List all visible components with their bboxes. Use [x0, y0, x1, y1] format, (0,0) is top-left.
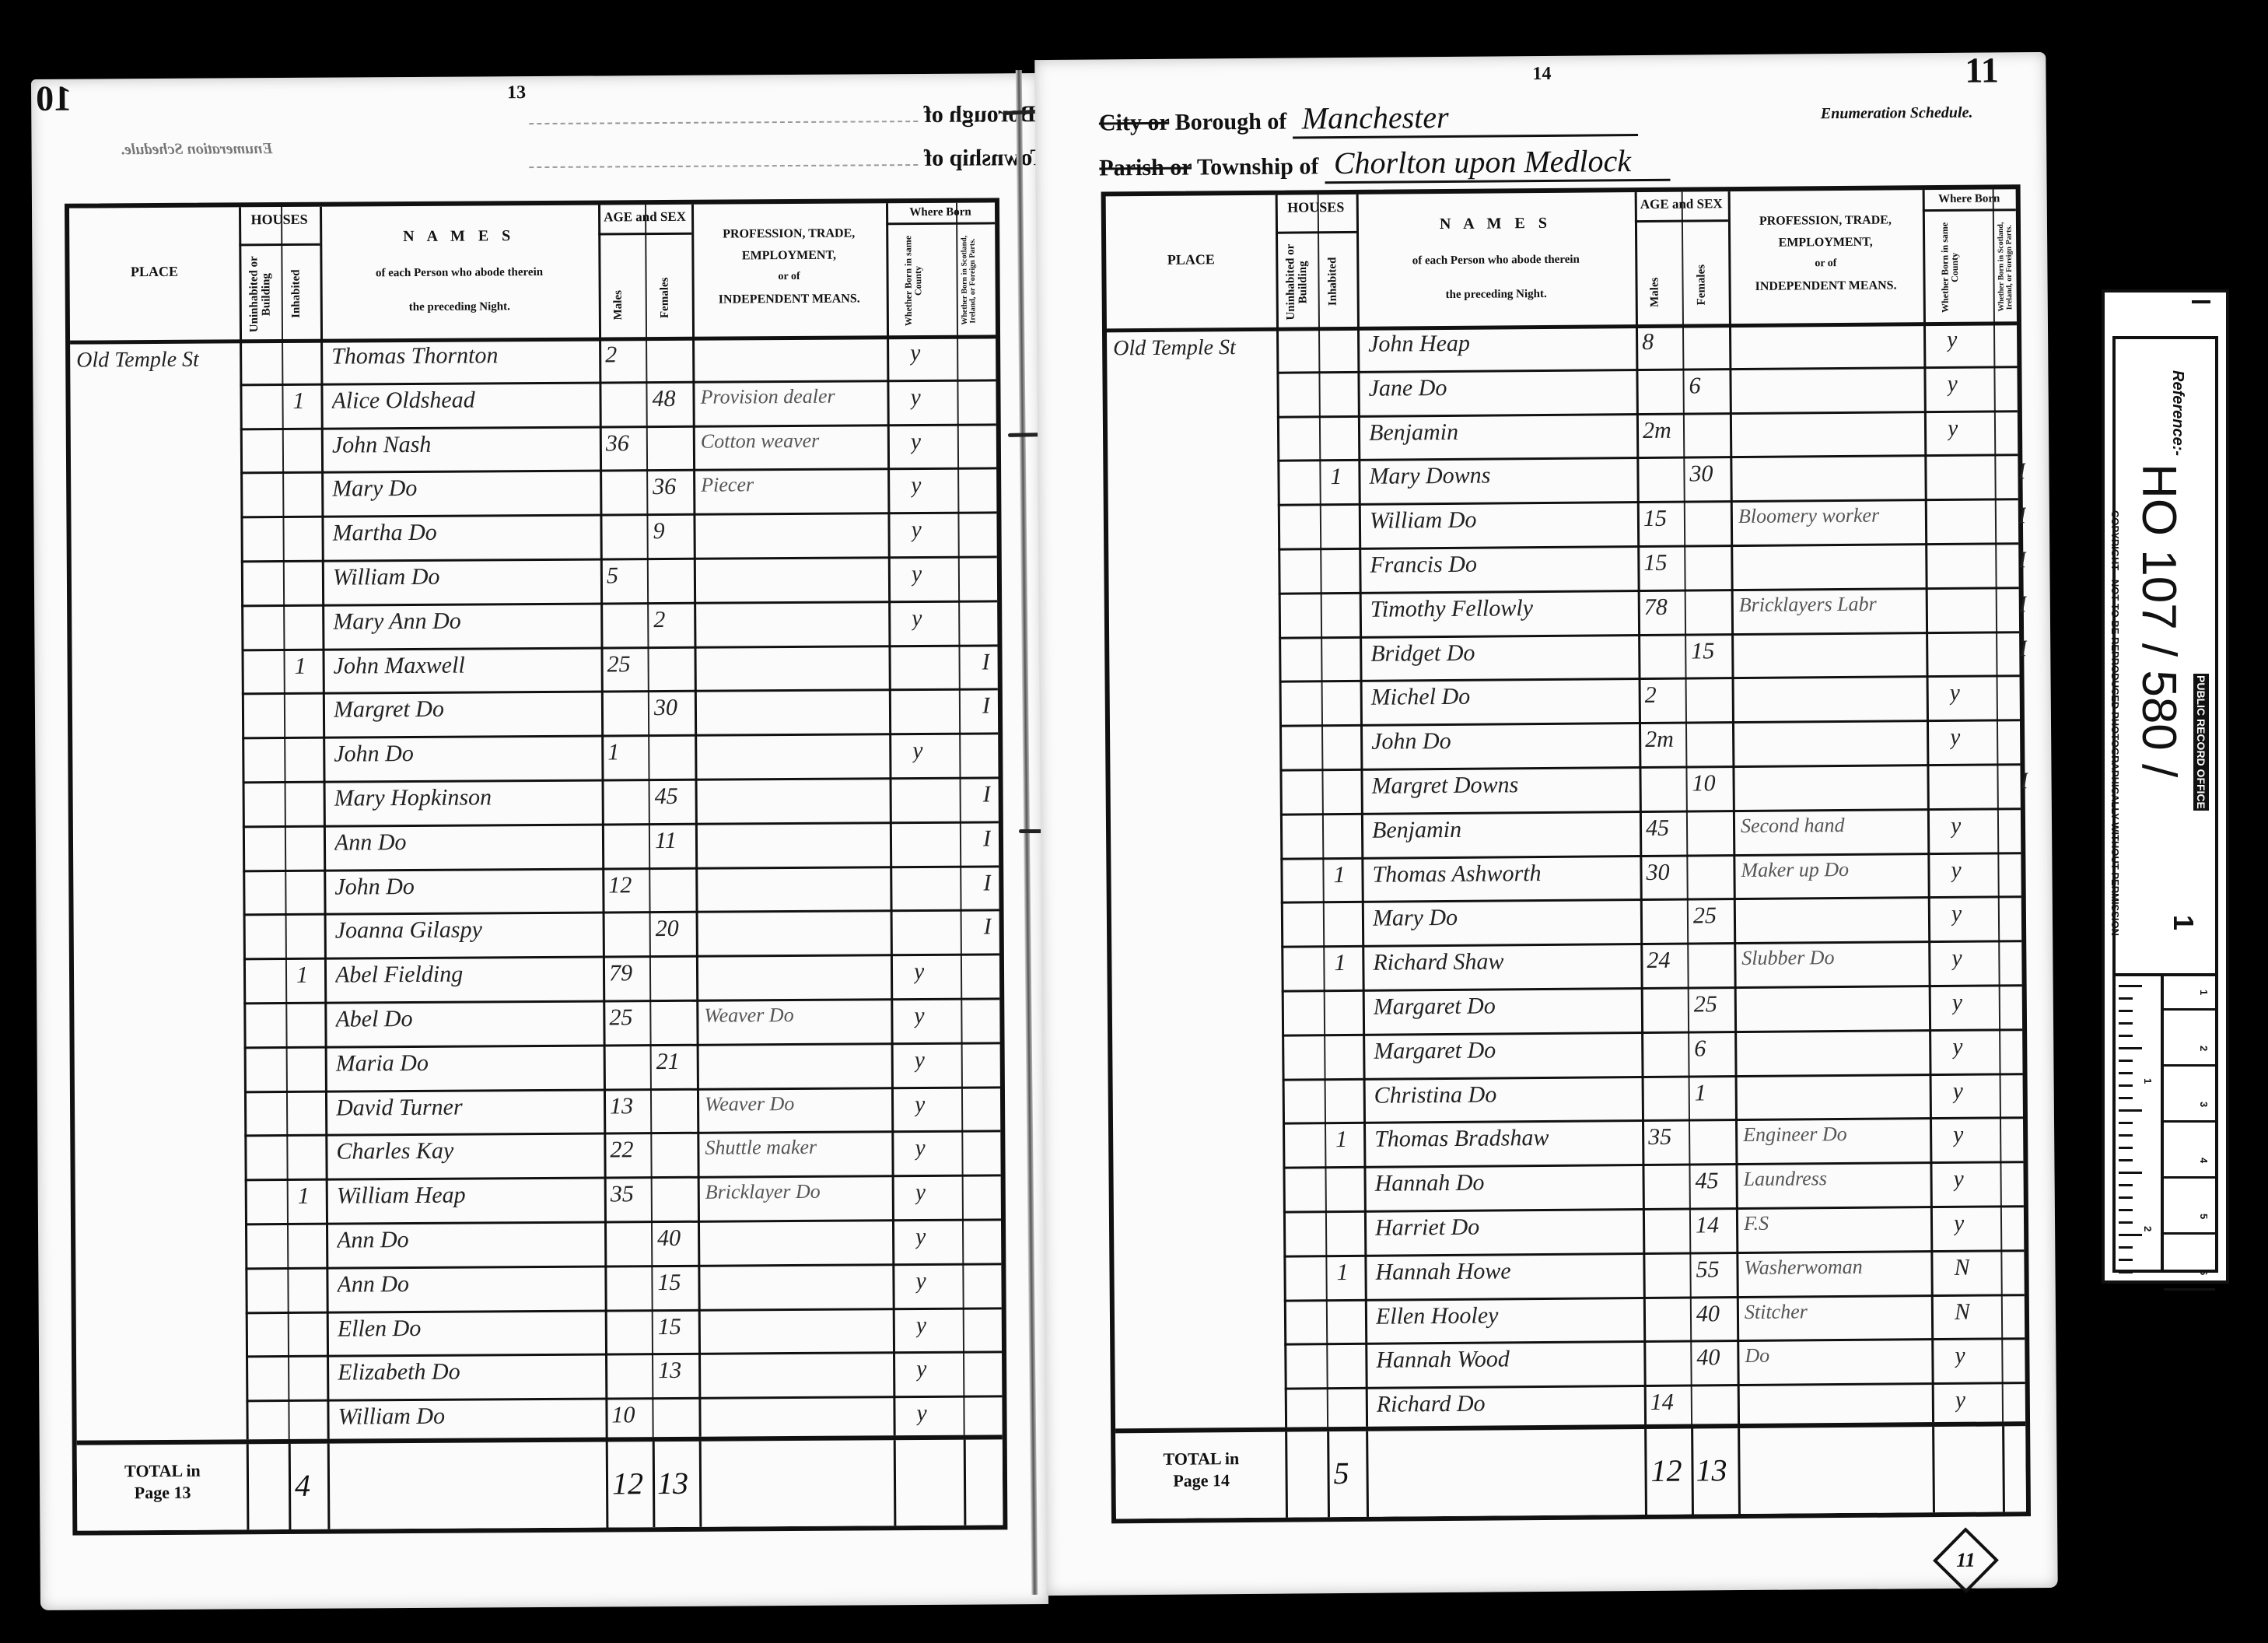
born-county: y: [912, 561, 922, 587]
person-name: Hannah Wood: [1376, 1345, 1642, 1374]
table-row: Thomas Thornton2y: [240, 335, 996, 386]
age-male: 15: [1643, 506, 1685, 532]
table-row: Mary Ann Do2y: [241, 600, 997, 651]
person-name: Ann Do: [337, 1226, 603, 1254]
ruler-tick: [2119, 997, 2133, 1000]
person-name: William Heap: [337, 1182, 603, 1210]
age-female: 48: [652, 386, 694, 412]
table-row: Margret Do30I: [242, 688, 998, 740]
born-county: y: [911, 517, 922, 543]
age-male: 36: [606, 430, 648, 457]
header-where-born: Where Born: [1923, 192, 2016, 212]
born-county: y: [1955, 1343, 1965, 1369]
table-row: John Do1y: [242, 733, 998, 784]
age-male: 1: [607, 739, 649, 765]
table-row: Abel Do25Weaver Doy: [243, 997, 999, 1049]
header-females: Females: [1696, 254, 1715, 316]
page-stamp-number: 13: [507, 82, 526, 103]
born-county: y: [1953, 1122, 1964, 1148]
ruler-tick: [2119, 1047, 2142, 1049]
occupation: [1740, 724, 1923, 726]
occupation: Bricklayers Labr: [1739, 592, 1923, 617]
occupation: Cotton weaver: [701, 429, 884, 453]
born-foreign: I: [2018, 503, 2026, 529]
table-row: 1William Heap35Bricklayer Doy: [245, 1175, 1001, 1226]
age-female: 21: [656, 1049, 698, 1075]
ruler-cm-line: [2164, 1232, 2215, 1235]
ruler-tick: [2119, 1022, 2133, 1025]
age-female: 11: [655, 828, 697, 854]
ruler-tick: [2119, 1246, 2133, 1249]
header-houses: HOUSES: [1276, 199, 1356, 234]
occupation: [1738, 460, 1921, 461]
house-mark: 1: [292, 388, 304, 415]
born-county: y: [916, 1356, 927, 1382]
record-office-label: PUBLIC RECORD OFFICE: [2193, 674, 2209, 811]
person-name: Alice Oldshead: [331, 386, 597, 414]
born-foreign: I: [2018, 547, 2026, 573]
totals-rule: [2002, 1426, 2005, 1512]
born-foreign: I: [2019, 591, 2027, 618]
born-county: y: [1948, 415, 1958, 441]
ruler-inch-label: 1: [2142, 1078, 2154, 1084]
ruler-inch-label: 2: [2142, 1226, 2154, 1231]
table-header: PLACEHOUSESUninhabited or BuildingInhabi…: [1106, 189, 2017, 332]
ruler-cm-line: [2164, 1176, 2215, 1179]
ruler-cm-label: 4: [2198, 1158, 2210, 1163]
occupation: [1741, 902, 1925, 903]
person-name: John Do: [334, 740, 600, 768]
header-names-sub: of each Person who abode therein: [1356, 253, 1635, 268]
person-name: Harriet Do: [1375, 1213, 1641, 1242]
born-foreign: I: [983, 825, 991, 852]
ruler-tick: [2119, 1147, 2133, 1149]
header-profession: EMPLOYMENT,: [1728, 235, 1923, 250]
occupation: [703, 782, 887, 783]
person-name: Christina Do: [1374, 1081, 1640, 1109]
age-male: 45: [1646, 814, 1688, 841]
city-value: Manchester: [1293, 97, 1638, 138]
born-county: y: [1953, 1166, 1964, 1193]
age-female: 55: [1696, 1256, 1738, 1283]
reference-label: Reference:-: [2168, 370, 2186, 456]
totals-label: TOTAL in: [1139, 1449, 1263, 1469]
total-females: 13: [1696, 1452, 1727, 1488]
age-female: 40: [657, 1225, 699, 1252]
header-profession: INDEPENDENT MEANS.: [1729, 279, 1923, 294]
person-name: Thomas Ashworth: [1372, 860, 1638, 888]
age-female: 30: [1689, 461, 1731, 488]
header-names-sub: of each Person who abode therein: [320, 266, 598, 281]
total-males: 12: [612, 1465, 643, 1501]
age-female: 45: [655, 783, 697, 810]
occupation: [1738, 415, 1921, 417]
parish-township-line: Parish or Township of Chorlton upon Medl…: [1099, 142, 1670, 186]
ruler-cm-label: 3: [2198, 1102, 2210, 1107]
header-inhabited: Inhabited: [1327, 243, 1351, 321]
born-county: y: [914, 1003, 925, 1029]
table-row: 1Abel Fielding79y: [243, 954, 999, 1005]
person-name: Margaret Do: [1374, 1036, 1640, 1065]
occupation: Do: [1745, 1343, 1928, 1368]
born-county: y: [1952, 1034, 1963, 1060]
occupation: [704, 958, 887, 959]
person-name: Bridget Do: [1370, 639, 1636, 667]
occupation: [706, 1357, 890, 1357]
age-male: 25: [609, 1004, 651, 1031]
header-profession: or of: [692, 270, 887, 284]
born-county: y: [912, 737, 923, 764]
age-female: 15: [658, 1313, 700, 1340]
census-table-left: PLACEHOUSESUninhabited or BuildingInhabi…: [65, 198, 1007, 1535]
header-names: N A M E S: [1356, 214, 1635, 234]
age-female: 14: [1696, 1212, 1738, 1238]
occupation: Shuttle maker: [705, 1136, 888, 1160]
occupation: [1740, 769, 1923, 770]
born-county: y: [1951, 857, 1962, 883]
folio-number: 10: [36, 78, 72, 119]
born-county: y: [1950, 724, 1961, 751]
occupation: [1740, 681, 1923, 682]
occupation: [700, 340, 884, 341]
age-male: 22: [610, 1137, 652, 1164]
city-borough-line: City or Borough of Manchester: [1099, 97, 1638, 140]
header-males: Males: [613, 279, 632, 331]
occupation: [1742, 1034, 1926, 1035]
born-county: y: [916, 1312, 927, 1339]
city-borough-label: City or Borough of: [1099, 109, 1287, 136]
ruler-cm-label: 1: [2198, 990, 2210, 995]
totals-rule: [894, 1440, 897, 1526]
person-name: Hannah Howe: [1375, 1257, 1641, 1286]
ruler-tick: [2119, 1072, 2133, 1074]
age-male: 8: [1642, 329, 1684, 356]
parish-value: Chorlton upon Medlock: [1325, 142, 1670, 184]
house-mark: 1: [1330, 464, 1342, 490]
born-county: y: [911, 429, 922, 455]
born-foreign: I: [982, 693, 990, 720]
header-uninhabited: Uninhabited or Building: [1285, 243, 1314, 321]
person-name: John Heap: [1368, 329, 1634, 358]
occupation: Engineer Do: [1743, 1123, 1927, 1147]
totals-rule: [247, 1444, 250, 1529]
age-male: 5: [607, 562, 649, 589]
age-female: 10: [1692, 770, 1734, 797]
table-row: Ellen Do15y: [246, 1307, 1002, 1358]
age-male: 2m: [1643, 417, 1685, 443]
born-foreign: I: [983, 781, 991, 807]
age-female: 15: [1691, 638, 1733, 664]
table-row: Charles Kay22Shuttle makery: [244, 1130, 1000, 1182]
ruler-tick: [2119, 1097, 2133, 1099]
person-name: Michel Do: [1371, 682, 1637, 711]
header-uninhabited: Uninhabited or Building: [248, 255, 277, 333]
table-row: Ann Do15y: [245, 1263, 1001, 1314]
born-county: y: [916, 1400, 927, 1427]
age-male: 35: [611, 1181, 653, 1207]
page-stamp-number: 14: [1532, 64, 1551, 85]
header-born-foreign: Whether Born in Scotland, Ireland, or Fo…: [961, 232, 1008, 328]
table-row: Ann Do40y: [245, 1218, 1001, 1270]
person-name: David Turner: [336, 1093, 602, 1121]
born-county: y: [915, 1268, 926, 1294]
person-name: Joanna Gilaspy: [335, 916, 601, 944]
age-female: 25: [1694, 991, 1736, 1018]
age-male: 79: [609, 960, 651, 986]
born-county: y: [910, 384, 921, 411]
ruler-tick: [2119, 1134, 2133, 1137]
born-county: y: [1955, 1387, 1966, 1414]
ruler-cm-label: 6: [2198, 1270, 2210, 1275]
ruler-tick: [2119, 1010, 2133, 1012]
person-name: Mary Do: [332, 475, 598, 503]
person-name: Margret Downs: [1371, 771, 1637, 800]
table-row: Ann Do11I: [243, 821, 999, 872]
occupation: [706, 1400, 890, 1401]
occupation: [1745, 1387, 1929, 1389]
person-name: Ellen Do: [338, 1314, 604, 1342]
age-female: 13: [658, 1357, 700, 1384]
person-name: Jane Do: [1368, 373, 1634, 402]
person-name: John Do: [334, 872, 600, 900]
born-foreign: I: [983, 870, 991, 896]
ruler-tick: [2119, 1259, 2133, 1261]
age-male: 30: [1646, 859, 1688, 885]
occupation: [1739, 636, 1923, 638]
age-female: 40: [1696, 1344, 1738, 1371]
ruler-tick: [2119, 1109, 2142, 1112]
occupation: [705, 1047, 888, 1048]
ruler-tick: [2119, 1159, 2133, 1161]
occupation: [702, 561, 885, 562]
totals-rule: [653, 1442, 656, 1527]
born-county: y: [910, 340, 921, 366]
left-page: 10 13 Enumeration Schedule. City or Boro…: [31, 73, 1048, 1610]
age-male: 2m: [1645, 727, 1687, 753]
ruler-tick: [2119, 985, 2142, 987]
totals-rule: [1691, 1429, 1694, 1515]
person-name: William Do: [333, 563, 599, 591]
occupation: [702, 605, 885, 606]
born-foreign: I: [984, 914, 992, 941]
occupation: [1738, 548, 1922, 549]
occupation: [1737, 327, 1920, 328]
table-row: John Do12I: [243, 865, 999, 916]
person-name: Mary Ann Do: [333, 607, 599, 635]
ruler-tick: [2119, 1271, 2133, 1273]
occupation: Stitcher: [1745, 1299, 1928, 1324]
piece-number: 1: [2167, 915, 2200, 930]
table-row: 1Alice Oldshead48Provision dealery: [240, 379, 996, 430]
occupation: Slubber Do: [1741, 945, 1925, 970]
occupation: [1743, 1078, 1927, 1080]
totals-row: TOTAL inPage 1451213: [1115, 1421, 2026, 1519]
header-names: N A M E S: [320, 227, 598, 247]
person-name: Charles Kay: [336, 1137, 602, 1165]
table-row: Mary Do36Piecery: [240, 468, 996, 519]
age-female: 9: [653, 518, 695, 545]
header-profession: EMPLOYMENT,: [691, 248, 886, 264]
ruler-tick: [2119, 1172, 2142, 1174]
table-row: David Turner13Weaver Doy: [244, 1086, 1000, 1137]
born-foreign: I: [2020, 768, 2028, 794]
header-profession: PROFESSION, TRADE,: [1728, 213, 1923, 229]
person-name: Benjamin: [1369, 418, 1635, 447]
total-inhabited: 5: [1333, 1455, 1349, 1491]
totals-rule: [1366, 1431, 1369, 1517]
occupation: Second hand: [1741, 813, 1924, 838]
person-name: Ann Do: [334, 828, 600, 856]
totals-rule: [327, 1444, 331, 1529]
header-profession: PROFESSION, TRADE,: [691, 226, 886, 242]
person-name: William Do: [1370, 506, 1636, 534]
person-name: Timothy Fellowly: [1370, 594, 1636, 623]
total-females: 13: [657, 1465, 688, 1501]
totals-page: Page 13: [100, 1483, 225, 1502]
occupation: Provision dealer: [700, 384, 884, 408]
ruler-cm-line: [2164, 1120, 2215, 1123]
age-female: 6: [1694, 1035, 1736, 1062]
header-profession: INDEPENDENT MEANS.: [692, 292, 887, 307]
ruler-cm-line: [2164, 1064, 2215, 1067]
person-name: Hannah Do: [1374, 1168, 1640, 1197]
age-male: 14: [1650, 1389, 1692, 1416]
table-row: Maria Do21y: [244, 1042, 1000, 1093]
occupation: [702, 694, 886, 695]
born-county: y: [1952, 990, 1963, 1016]
born-county: N: [1954, 1255, 1969, 1281]
header-place: PLACE: [69, 263, 239, 280]
totals-rule: [1644, 1429, 1647, 1515]
house-mark: 1: [1336, 1259, 1348, 1286]
age-male: 15: [1643, 550, 1685, 576]
house-mark: 1: [298, 1183, 310, 1210]
born-county: y: [1951, 901, 1962, 927]
schedule-label: Enumeration Schedule.: [31, 140, 272, 159]
occupation: Piecer: [701, 473, 884, 497]
house-mark: 1: [1334, 950, 1346, 976]
occupation: Maker up Do: [1741, 857, 1924, 882]
totals-rule: [699, 1442, 702, 1527]
born-county: N: [1955, 1298, 1970, 1325]
person-name: Mary Do: [1373, 903, 1639, 932]
occupation: [705, 1224, 889, 1224]
house-mark: 1: [1335, 1126, 1347, 1153]
age-female: 45: [1695, 1168, 1737, 1194]
totals-rule: [964, 1440, 967, 1526]
age-female: 6: [1689, 373, 1731, 399]
person-name: Margret Do: [334, 695, 600, 723]
totals-row: TOTAL inPage 1341213: [77, 1435, 1003, 1530]
totals-label: TOTAL in: [100, 1461, 225, 1480]
born-county: y: [1951, 813, 1962, 839]
person-name: Thomas Bradshaw: [1374, 1124, 1640, 1153]
person-name: Francis Do: [1370, 550, 1636, 579]
age-male: 12: [608, 872, 650, 899]
header-males: Males: [1649, 267, 1668, 318]
age-female: 20: [656, 916, 698, 942]
born-county: y: [1947, 327, 1958, 353]
ruler-tick: [2119, 1221, 2133, 1224]
totals-page: Page 14: [1139, 1471, 1264, 1491]
person-name: Martha Do: [332, 519, 598, 547]
person-name: Ann Do: [337, 1270, 603, 1298]
born-county: y: [1953, 1077, 1964, 1104]
table-row: Martha Do9y: [240, 512, 996, 563]
occupation: Bloomery worker: [1738, 503, 1922, 528]
occupation: [704, 915, 887, 916]
age-female: 40: [1696, 1301, 1738, 1327]
person-name: Mary Downs: [1369, 461, 1635, 490]
house-mark: 1: [295, 653, 306, 679]
totals-rule: [606, 1442, 609, 1527]
header-born-foreign: Whether Born in Scotland, Ireland, or Fo…: [1997, 219, 2045, 315]
born-county: y: [915, 1135, 926, 1161]
reference-number: HO 107 / 580 /: [2131, 464, 2186, 777]
reference-strip: Reference:- HO 107 / 580 / COPYRIGHT - N…: [2102, 289, 2229, 1284]
ruler-tick: [2119, 1122, 2133, 1124]
age-female: 25: [1693, 902, 1735, 929]
age-male: 35: [1648, 1124, 1690, 1151]
totals-rule: [1738, 1428, 1741, 1514]
born-foreign: I: [2019, 636, 2027, 662]
folio-stamp: 11: [1933, 1527, 1999, 1593]
totals-rule: [289, 1444, 292, 1529]
occupation: [703, 871, 887, 871]
occupation: [703, 826, 887, 827]
house-mark: 1: [296, 962, 308, 989]
ruler-cm-line: [2164, 1008, 2215, 1011]
city-borough-line: City or Borough of: [529, 100, 1111, 131]
ruler-cm-label: 5: [2198, 1214, 2210, 1219]
ruler-tick: [2119, 1209, 2133, 1211]
table-row: Elizabeth Do13y: [246, 1351, 1002, 1403]
age-male: 10: [611, 1402, 653, 1428]
born-county: y: [1947, 371, 1958, 398]
age-female: 15: [657, 1270, 699, 1296]
right-page: 14 11 Enumeration Schedule. City or Boro…: [1034, 52, 2057, 1596]
person-name: Thomas Thornton: [331, 342, 597, 370]
born-foreign: I: [2018, 459, 2025, 485]
person-name: Benjamin: [1372, 815, 1638, 844]
total-inhabited: 4: [295, 1467, 310, 1504]
born-county: y: [915, 1047, 926, 1074]
table-row: William Do5y: [241, 555, 997, 607]
age-male: 2: [605, 342, 647, 368]
person-name: John Do: [1371, 727, 1637, 755]
ruler-tick: [2119, 1184, 2133, 1186]
ruler-cm-label: 2: [2198, 1046, 2210, 1051]
header-place: PLACE: [1106, 251, 1276, 268]
age-female: 30: [654, 695, 696, 721]
born-county: y: [915, 1091, 926, 1118]
table-header: PLACEHOUSESUninhabited or BuildingInhabi…: [69, 202, 996, 344]
header-age-sex: AGE and SEX: [598, 209, 691, 235]
ruler-tick: [2119, 1196, 2133, 1199]
house-mark: 1: [1333, 862, 1345, 888]
age-male: 24: [1647, 948, 1689, 974]
person-name: William Do: [338, 1403, 604, 1431]
occupation: Laundress: [1743, 1166, 1927, 1191]
born-foreign: I: [982, 649, 989, 675]
table-row: 1John Maxwell25I: [241, 644, 997, 695]
age-male: 25: [607, 651, 649, 678]
census-table-right: PLACEHOUSESUninhabited or BuildingInhabi…: [1101, 184, 2031, 1523]
header-where-born: Where Born: [886, 205, 995, 225]
born-county: y: [912, 605, 922, 632]
age-female: 36: [653, 474, 695, 500]
occupation: [702, 650, 886, 650]
